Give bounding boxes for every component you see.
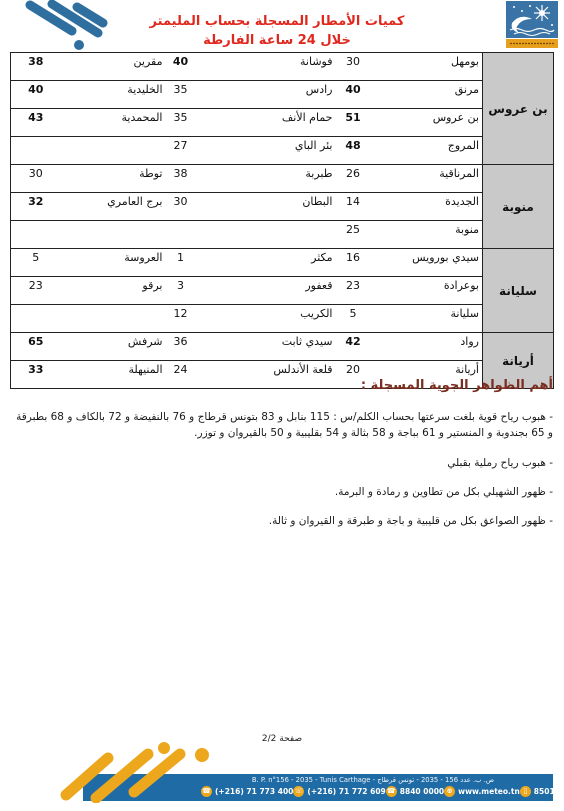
- value-cell: 5: [336, 305, 371, 333]
- contact-item: ☎8840 0000: [386, 786, 444, 797]
- station-cell: حمام الأنف: [196, 109, 336, 137]
- station-cell: فوشانة: [196, 53, 336, 81]
- value-cell: 5: [11, 249, 61, 277]
- value-cell: 25: [336, 221, 371, 249]
- value-cell: 27: [166, 137, 196, 165]
- value-cell: 38: [11, 53, 61, 81]
- table-row: الجديدة14البطان30برج العامري32: [11, 193, 554, 221]
- value-cell: [11, 137, 61, 165]
- value-cell: 30: [11, 165, 61, 193]
- value-cell: 40: [166, 53, 196, 81]
- globe-icon: ⊕: [444, 786, 455, 797]
- rainfall-table: بن عروسبومهل30فوشانة40مقرين38مرنق40رادس3…: [10, 52, 553, 389]
- title-line-1: كميات الأمطار المسجلة بحساب المليمتر: [60, 13, 494, 32]
- contact-item: ☏(+216) 71 772 609: [293, 786, 385, 797]
- governorate-cell: بن عروس: [483, 53, 554, 165]
- station-cell: [61, 221, 166, 249]
- rain-table-body: بن عروسبومهل30فوشانة40مقرين38مرنق40رادس3…: [11, 53, 554, 389]
- table-row: مرنق40رادس35الخليدية40: [11, 81, 554, 109]
- value-cell: 43: [11, 109, 61, 137]
- phenomena-item: - هبوب رياح قوية بلغت سرعتها بحساب الكلم…: [12, 409, 553, 442]
- title-line-2: خلال 24 ساعة الفارطة: [60, 32, 494, 51]
- station-cell: بوعرادة: [371, 277, 483, 305]
- meteo-emblem-icon: [506, 1, 558, 51]
- station-cell: منوبة: [371, 221, 483, 249]
- value-cell: 38: [166, 165, 196, 193]
- page-title: كميات الأمطار المسجلة بحساب المليمتر خلا…: [60, 13, 494, 51]
- bulletin-page: كميات الأمطار المسجلة بحساب المليمتر خلا…: [0, 0, 564, 811]
- table-row: بن عروس51حمام الأنف35المحمدية43: [11, 109, 554, 137]
- contact-item: ▯85012: [520, 786, 560, 797]
- station-cell: برج العامري: [61, 193, 166, 221]
- table-row: بن عروسبومهل30فوشانة40مقرين38: [11, 53, 554, 81]
- station-cell: البطان: [196, 193, 336, 221]
- value-cell: 35: [166, 109, 196, 137]
- contact-text: 8840 0000: [400, 787, 444, 796]
- station-cell: الكريب: [196, 305, 336, 333]
- station-cell: مكثر: [196, 249, 336, 277]
- station-cell: بن عروس: [371, 109, 483, 137]
- station-cell: [61, 305, 166, 333]
- value-cell: 35: [166, 81, 196, 109]
- phenomena-list: - هبوب رياح قوية بلغت سرعتها بحساب الكلم…: [12, 409, 553, 529]
- value-cell: [166, 221, 196, 249]
- phenomena-section: أهم الظواهر الجوية المسجلة : - هبوب رياح…: [12, 378, 553, 542]
- governorate-cell: سليانة: [483, 249, 554, 333]
- inm-emblem-logo: [506, 1, 558, 51]
- gold-streaks-icon: [52, 741, 237, 803]
- table-row: المروج48بئر الباي27: [11, 137, 554, 165]
- station-cell: المرناقية: [371, 165, 483, 193]
- value-cell: 14: [336, 193, 371, 221]
- call-icon: ☎: [386, 786, 397, 797]
- phenomena-heading: أهم الظواهر الجوية المسجلة :: [12, 378, 553, 393]
- station-cell: رادس: [196, 81, 336, 109]
- station-cell: توطة: [61, 165, 166, 193]
- value-cell: 1: [166, 249, 196, 277]
- station-cell: سليانة: [371, 305, 483, 333]
- value-cell: 51: [336, 109, 371, 137]
- value-cell: 32: [11, 193, 61, 221]
- value-cell: [11, 221, 61, 249]
- value-cell: 65: [11, 333, 61, 361]
- station-cell: الجديدة: [371, 193, 483, 221]
- phenomena-item: - ظهور الشهيلي بكل من تطاوين و رمادة و ا…: [12, 484, 553, 500]
- rainfall-table-grid: بن عروسبومهل30فوشانة40مقرين38مرنق40رادس3…: [10, 52, 554, 389]
- station-cell: العروسة: [61, 249, 166, 277]
- footer-swoosh-logo: [52, 741, 237, 803]
- value-cell: 16: [336, 249, 371, 277]
- station-cell: [196, 221, 336, 249]
- station-cell: سيدي بورويس: [371, 249, 483, 277]
- phenomena-item: - هبوب رياح رملية بقبلي: [12, 455, 553, 471]
- value-cell: 36: [166, 333, 196, 361]
- contact-text: www.meteo.tn: [458, 787, 520, 796]
- station-cell: مقرين: [61, 53, 166, 81]
- station-cell: قعفور: [196, 277, 336, 305]
- contact-text: (+216) 71 772 609: [307, 787, 385, 796]
- station-cell: بومهل: [371, 53, 483, 81]
- station-cell: [61, 137, 166, 165]
- phenomena-item: - ظهور الصواعق بكل من قليبية و باجة و طب…: [12, 513, 553, 529]
- station-cell: برقو: [61, 277, 166, 305]
- station-cell: مرنق: [371, 81, 483, 109]
- value-cell: [11, 305, 61, 333]
- table-row: سليانة5الكريب12: [11, 305, 554, 333]
- value-cell: 30: [166, 193, 196, 221]
- table-row: أريانةرواد42سيدي ثابت36شرفش65: [11, 333, 554, 361]
- station-cell: رواد: [371, 333, 483, 361]
- value-cell: 26: [336, 165, 371, 193]
- value-cell: 3: [166, 277, 196, 305]
- contact-item: ⊕www.meteo.tn: [444, 786, 520, 797]
- mobile-icon: ▯: [520, 786, 531, 797]
- contact-text: 85012: [534, 787, 560, 796]
- fax-icon: ☏: [293, 786, 304, 797]
- governorate-cell: منوبة: [483, 165, 554, 249]
- value-cell: 30: [336, 53, 371, 81]
- value-cell: 40: [11, 81, 61, 109]
- value-cell: 23: [336, 277, 371, 305]
- station-cell: شرفش: [61, 333, 166, 361]
- table-row: منوبة25: [11, 221, 554, 249]
- station-cell: بئر الباي: [196, 137, 336, 165]
- station-cell: سيدي ثابت: [196, 333, 336, 361]
- table-row: بوعرادة23قعفور3برقو23: [11, 277, 554, 305]
- table-row: سليانةسيدي بورويس16مكثر1العروسة5: [11, 249, 554, 277]
- station-cell: الخليدية: [61, 81, 166, 109]
- value-cell: 40: [336, 81, 371, 109]
- value-cell: 48: [336, 137, 371, 165]
- table-row: منوبةالمرناقية26طبربة38توطة30: [11, 165, 554, 193]
- value-cell: 42: [336, 333, 371, 361]
- station-cell: المروج: [371, 137, 483, 165]
- station-cell: المحمدية: [61, 109, 166, 137]
- value-cell: 12: [166, 305, 196, 333]
- value-cell: 23: [11, 277, 61, 305]
- station-cell: طبربة: [196, 165, 336, 193]
